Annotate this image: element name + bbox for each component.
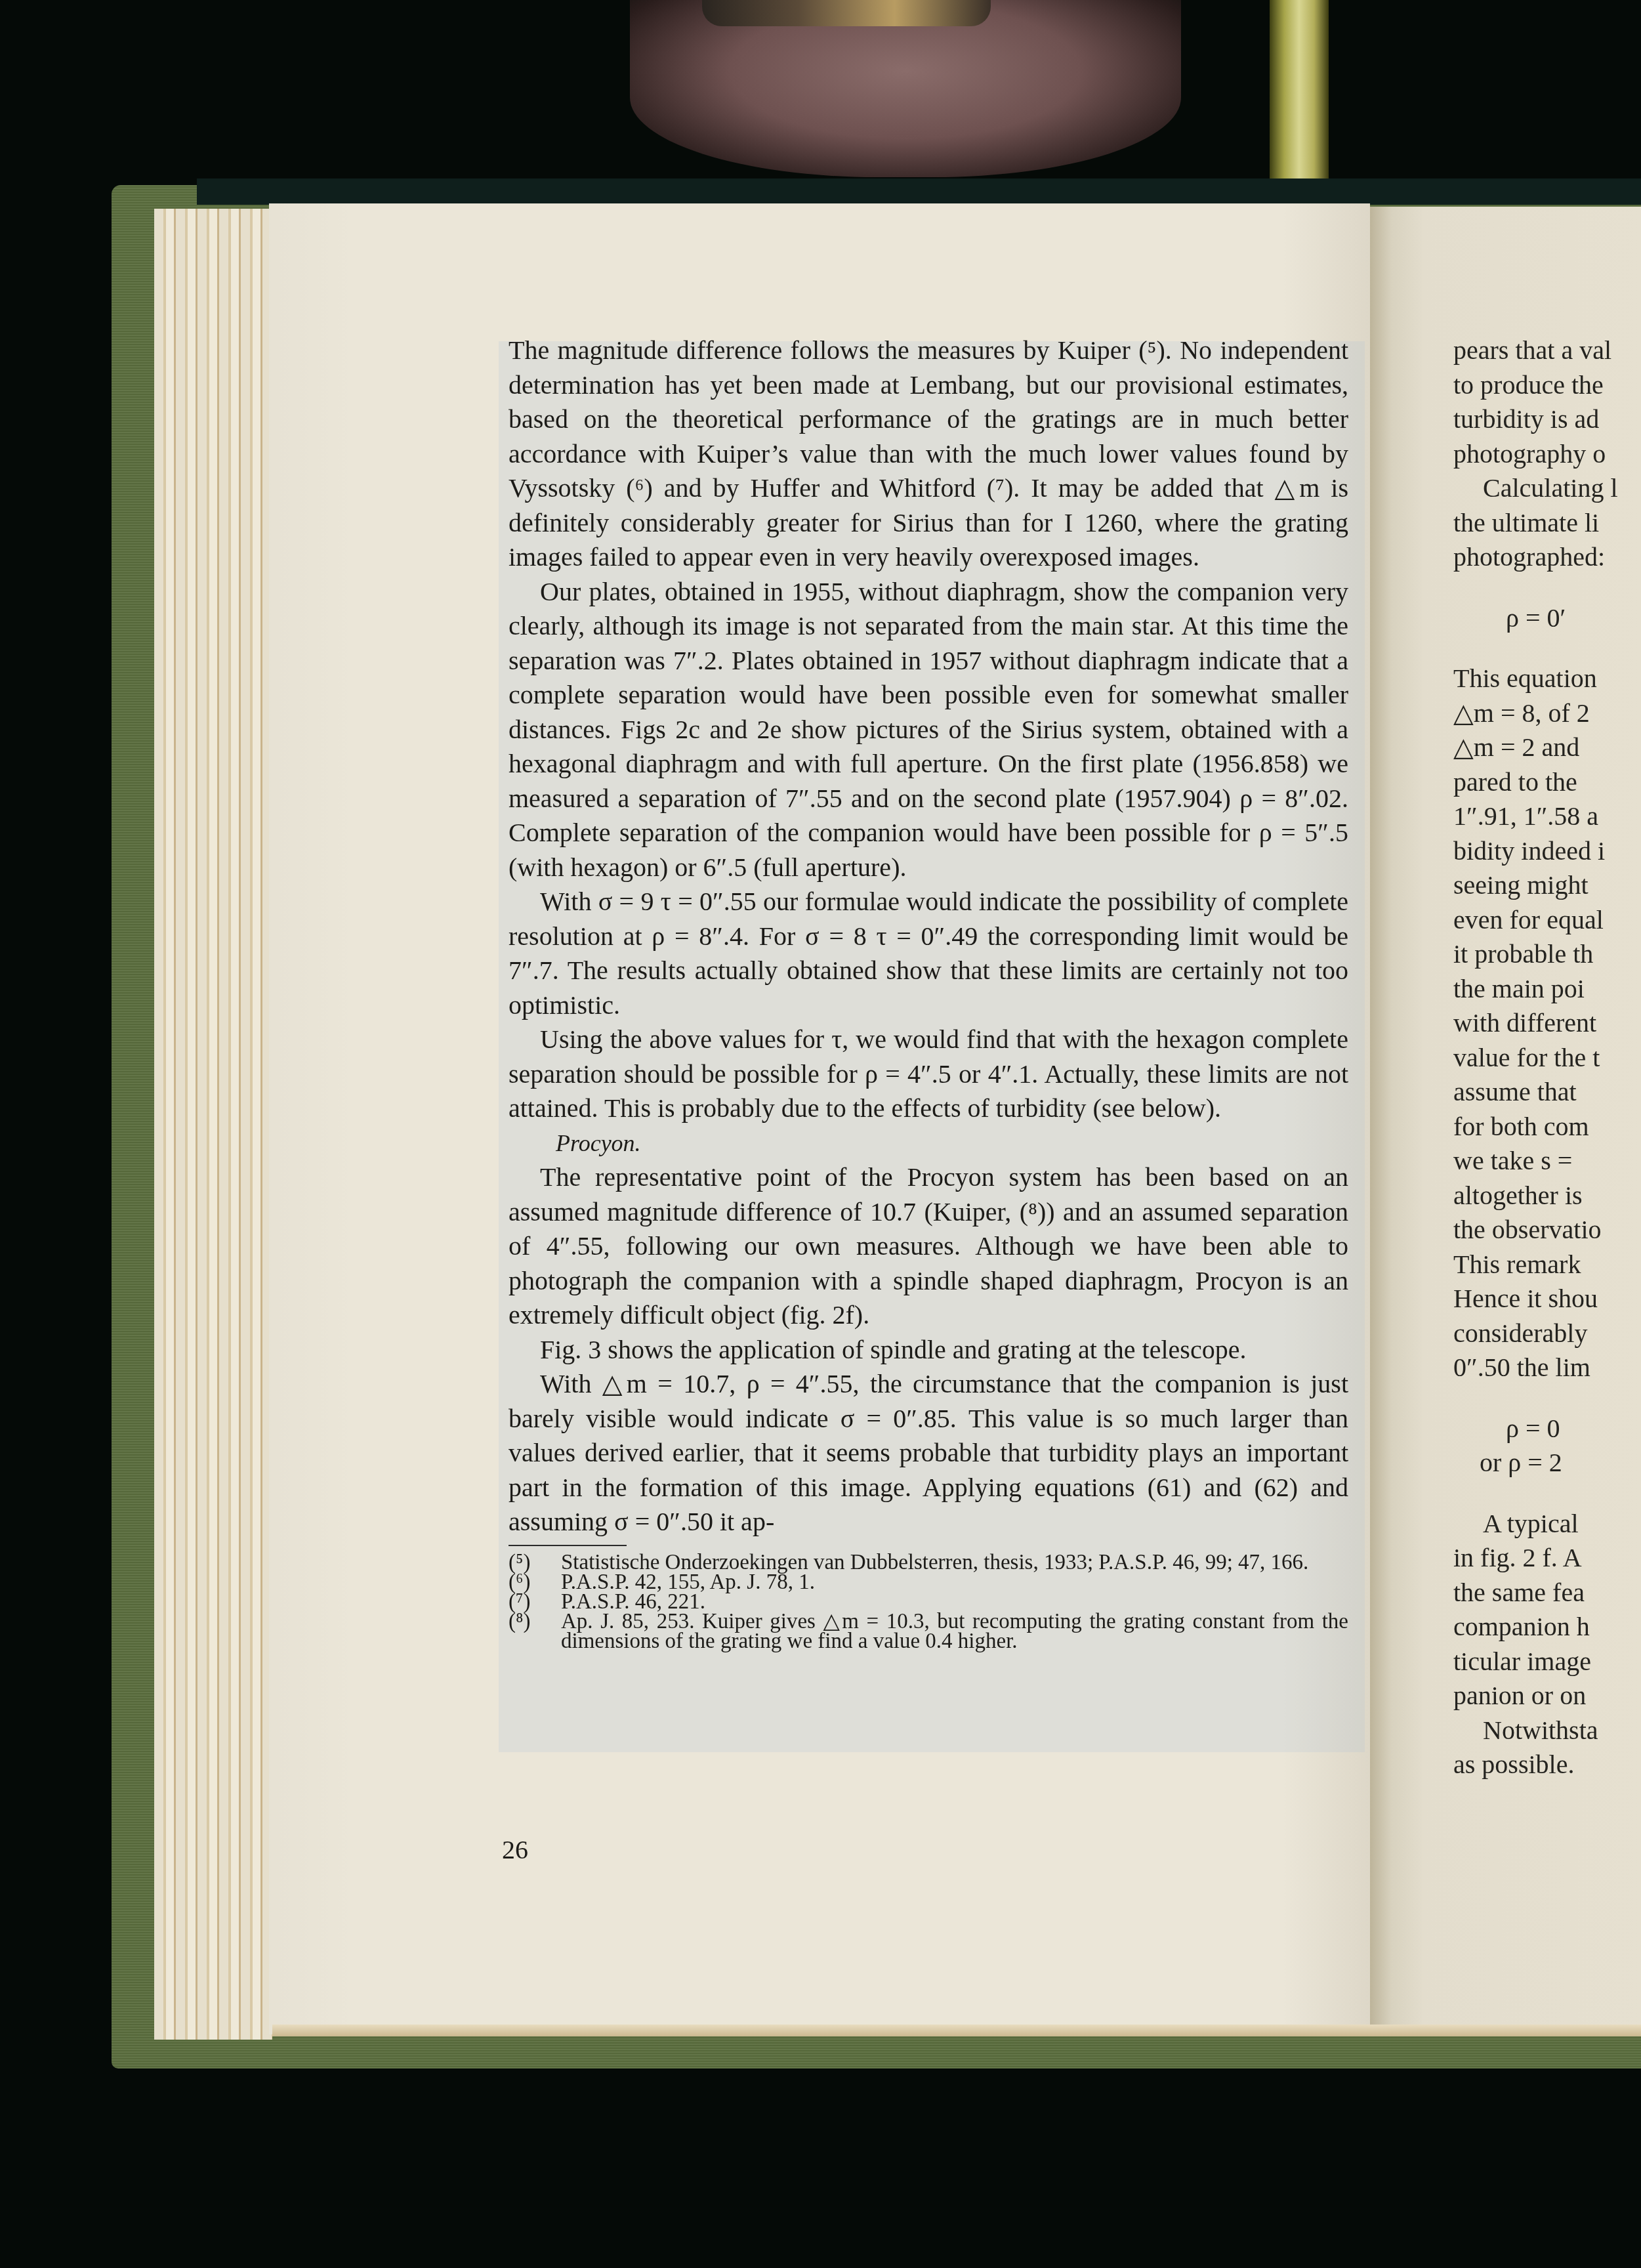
right-line: This equation [1453,661,1641,696]
right-line: the main poi [1453,972,1641,1007]
footnote-marker: (⁶) [509,1572,561,1592]
footnote-text: P.A.S.P. 46, 221. [561,1592,1348,1612]
right-line: the observatio [1453,1213,1641,1248]
right-line: it probable th [1453,937,1641,972]
right-line: the same fea [1453,1576,1641,1610]
page-bottom-edge [272,2025,1641,2036]
right-line: altogether is [1453,1179,1641,1213]
right-line: pared to the [1453,765,1641,800]
paragraph-formulae: With σ = 9 τ = 0″.55 our formulae would … [509,885,1348,1022]
paragraph-procyon: The representative point of the Procyon … [509,1160,1348,1333]
right-spacer [1453,635,1641,661]
right-line: 0″.50 the lim [1453,1351,1641,1385]
footnote-text: Ap. J. 85, 253. Kuiper gives △m = 10.3, … [561,1612,1348,1651]
cover-top-edge [197,178,1641,205]
right-line: ticular image [1453,1645,1641,1679]
right-line: photographed: [1453,540,1641,575]
right-line: even for equal [1453,903,1641,938]
footnote-7: (⁷) P.A.S.P. 46, 221. [509,1592,1348,1612]
right-line: △m = 8, of 2 [1453,696,1641,731]
right-line: assume that [1453,1075,1641,1110]
right-line: companion h [1453,1610,1641,1645]
paragraph-fig3: Fig. 3 shows the application of spindle … [509,1333,1348,1368]
footnotes: (⁵) Statistische Onderzoekingen van Dubb… [509,1553,1348,1651]
right-line: the ultimate li [1453,506,1641,541]
right-line: Calculating l [1453,471,1641,506]
footnote-marker: (⁷) [509,1592,561,1612]
right-equation: ρ = 0 [1453,1412,1641,1446]
right-line: bidity indeed i [1453,834,1641,869]
right-line: we take s = [1453,1144,1641,1179]
right-line: Hence it shou [1453,1282,1641,1316]
page-edges-stack [154,209,272,2040]
right-line: to produce the [1453,368,1641,403]
right-spacer [1453,575,1641,601]
right-line: with different [1453,1006,1641,1041]
footnote-text: P.A.S.P. 42, 155, Ap. J. 78, 1. [561,1572,1348,1592]
footnote-marker: (⁵) [509,1553,561,1572]
right-line: considerably [1453,1316,1641,1351]
right-line: in fig. 2 f. A [1453,1541,1641,1576]
right-line: for both com [1453,1110,1641,1144]
right-line: △m = 2 and [1453,730,1641,765]
footnote-8: (⁸) Ap. J. 85, 253. Kuiper gives △m = 10… [509,1612,1348,1651]
right-line: panion or on [1453,1679,1641,1713]
right-line: turbidity is ad [1453,402,1641,437]
right-equation: or ρ = 2 [1453,1446,1641,1480]
left-page-body: The magnitude difference follows the mea… [509,333,1348,1651]
footnote-5: (⁵) Statistische Onderzoekingen van Dubb… [509,1553,1348,1572]
footnote-rule [509,1545,627,1546]
right-line: pears that a val [1453,333,1641,368]
right-line: Notwithsta [1453,1713,1641,1748]
right-spacer [1453,1480,1641,1507]
paragraph-plates: Our plates, obtained in 1955, without di… [509,575,1348,885]
right-line: This remark [1453,1248,1641,1282]
hand-background [630,0,1181,177]
right-line: seeing might [1453,868,1641,903]
right-spacer [1453,1385,1641,1412]
right-line: as possible. [1453,1748,1641,1782]
right-line: A typical [1453,1507,1641,1542]
right-line: value for the t [1453,1041,1641,1076]
paragraph-hexagon: Using the above values for τ, we would f… [509,1022,1348,1126]
right-line: photography o [1453,437,1641,472]
paragraph-magnitude: The magnitude difference follows the mea… [509,333,1348,575]
light-reflection [1270,0,1329,184]
wristwatch-background [702,0,991,26]
footnote-text: Statistische Onderzoekingen van Dubbelst… [561,1553,1348,1572]
footnote-marker: (⁸) [509,1612,561,1651]
right-page-body: pears that a val to produce the turbidit… [1453,333,1641,1782]
right-equation: ρ = 0′ [1453,601,1641,636]
paragraph-turbidity: With △m = 10.7, ρ = 4″.55, the circumsta… [509,1367,1348,1540]
page-number: 26 [502,1834,528,1865]
section-heading-procyon: Procyon. [509,1126,1348,1161]
right-line: 1″.91, 1″.58 a [1453,799,1641,834]
footnote-6: (⁶) P.A.S.P. 42, 155, Ap. J. 78, 1. [509,1572,1348,1592]
